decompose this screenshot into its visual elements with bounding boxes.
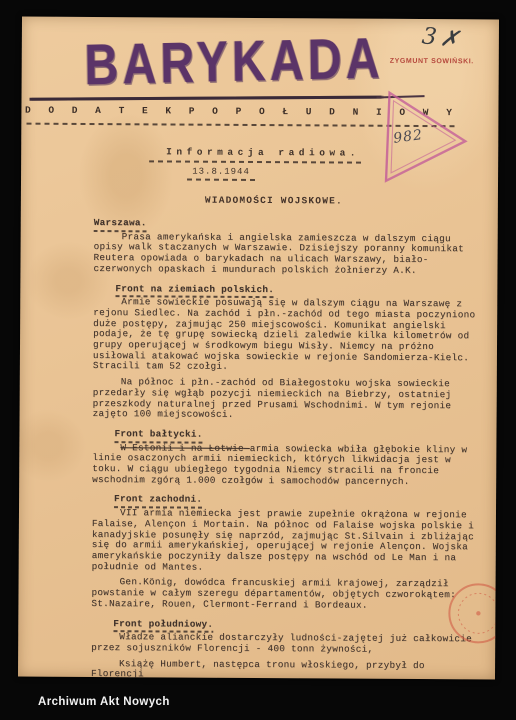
article-paragraph: Książę Humbert, następca tronu włoskiego… [91, 659, 475, 680]
masthead-underline [30, 96, 382, 101]
scan-background: { "archive": { "label": "Archiwum Akt No… [0, 0, 516, 720]
article-paragraph: Armie sowieckie posuwają się w dalszym c… [93, 297, 477, 374]
article-paragraph: Na północ i płn.-zachód od Białegostoku … [93, 377, 477, 422]
article-paragraph: W Estonii i na Łotwiearmia sowiecka wbił… [92, 443, 476, 488]
issue-date: 13.8.1944 [21, 166, 421, 178]
article-heading: Front bałtycki. [114, 429, 202, 443]
article-paragraph: Prasa amerykańska i angielska zamieszcza… [93, 232, 477, 277]
article-heading: Front południowy. [113, 619, 213, 633]
article-paragraph: Gen.König, dowódca francuskiej armii kra… [91, 577, 475, 611]
date-underline [187, 179, 257, 181]
article-paragraph: Władze alianckie dostarczyły ludności-za… [91, 632, 475, 656]
round-stamp-icon [446, 581, 499, 645]
handwritten-note: 3 ✗ [421, 23, 459, 53]
archive-watermark: Archiwum Akt Nowych [38, 696, 170, 708]
article-heading: Front na ziemiach polskich. [115, 284, 274, 299]
article-heading: Warszawa. [94, 218, 147, 232]
article-heading: Front zachodni. [114, 495, 202, 509]
publisher-name: ZYGMUNT SOWIŃSKI. [390, 58, 474, 66]
article-paragraph: VII armia niemiecka jest prawie zupełnie… [92, 508, 476, 575]
radio-heading-underline [149, 160, 363, 163]
section-title: WIADOMOŚCI WOJSKOWE. [205, 195, 343, 207]
article-column: Warszawa. Prasa amerykańska i angielska … [91, 214, 478, 679]
document-paper: BARYKADA ZYGMUNT SOWIŃSKI. 3 ✗ D O D A T… [18, 17, 499, 680]
radio-info-heading: Informacja radiowa. [166, 146, 360, 158]
masthead-title: BARYKADA [84, 24, 384, 98]
